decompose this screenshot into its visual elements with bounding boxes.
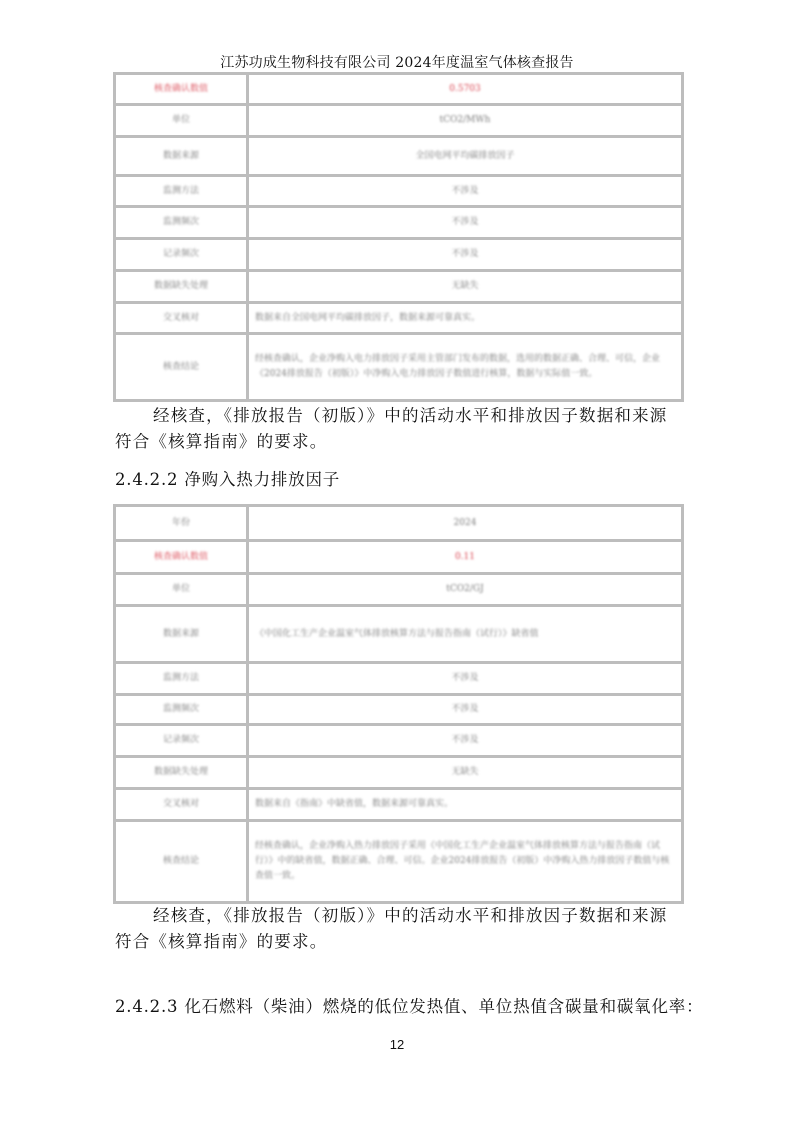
table-row: 单位 tCO2/GJ xyxy=(115,574,683,606)
verification-paragraph-1: 经核查，《排放报告（初版）》中的活动水平和排放因子数据和来源 符合《核算指南》的… xyxy=(115,403,715,455)
table-value: 不涉及 xyxy=(248,176,683,207)
table-row: 交叉核对 数据来自全国电网平均碳排放因子，数据来源可靠真实。 xyxy=(115,303,683,334)
table-row: 数据来源 《中国化工生产企业温室气体排放核算方法与报告指南（试行）》缺省值 xyxy=(115,606,683,663)
table-row: 交叉核对 数据来自《指南》中缺省值，数据来源可靠真实。 xyxy=(115,789,683,821)
table-key: 数据缺失处理 xyxy=(115,271,248,303)
table-row: 监测频次 不涉及 xyxy=(115,207,683,239)
table-key: 监测方法 xyxy=(115,663,248,695)
table-row: 记录频次 不涉及 xyxy=(115,725,683,757)
table-key: 记录频次 xyxy=(115,239,248,271)
table-value: 不涉及 xyxy=(248,695,683,725)
table-row: 核查确认数值 0.5703 xyxy=(115,74,683,105)
table-row: 监测频次 不涉及 xyxy=(115,695,683,725)
table-key: 数据缺失处理 xyxy=(115,757,248,789)
table-key: 交叉核对 xyxy=(115,303,248,334)
table-row: 数据缺失处理 无缺失 xyxy=(115,757,683,789)
page-number: 12 xyxy=(0,1037,794,1052)
table-value: 全国电网平均碳排放因子 xyxy=(248,137,683,176)
table-value: 0.5703 xyxy=(248,74,683,105)
table-value: 不涉及 xyxy=(248,663,683,695)
table-key: 核查结论 xyxy=(115,821,248,903)
table-value: 无缺失 xyxy=(248,271,683,303)
verification-paragraph-2: 经核查，《排放报告（初版）》中的活动水平和排放因子数据和来源 符合《核算指南》的… xyxy=(115,903,715,955)
table-row: 单位 tCO2/MWh xyxy=(115,105,683,137)
table-key: 核查确认数值 xyxy=(115,74,248,105)
table-row: 监测方法 不涉及 xyxy=(115,176,683,207)
table-value: 不涉及 xyxy=(248,725,683,757)
section-heading-2-4-2-2: 2.4.2.2 净购入热力排放因子 xyxy=(115,466,340,490)
table-row: 核查结论 经核查确认，企业净购入热力排放因子采用《中国化工生产企业温室气体排放核… xyxy=(115,821,683,903)
paragraph-line: 经核查，《排放报告（初版）》中的活动水平和排放因子数据和来源 xyxy=(153,406,668,425)
table-key: 数据来源 xyxy=(115,606,248,663)
table-key: 监测频次 xyxy=(115,207,248,239)
table-value: tCO2/GJ xyxy=(248,574,683,606)
table-key: 核查结论 xyxy=(115,334,248,401)
table-row: 核查确认数值 0.11 xyxy=(115,541,683,574)
section-heading-2-4-2-3: 2.4.2.3 化石燃料（柴油）燃烧的低位发热值、单位热值含碳量和碳氧化率： xyxy=(115,993,703,1017)
table-row: 年份 2024 xyxy=(115,506,683,541)
table-key: 数据来源 xyxy=(115,137,248,176)
table-key: 监测频次 xyxy=(115,695,248,725)
table-key: 记录频次 xyxy=(115,725,248,757)
table-row: 监测方法 不涉及 xyxy=(115,663,683,695)
page-header: 江苏功成生物科技有限公司 2024年度温室气体核查报告 xyxy=(0,52,794,72)
table-key: 单位 xyxy=(115,574,248,606)
table-value: 数据来自全国电网平均碳排放因子，数据来源可靠真实。 xyxy=(248,303,683,334)
emission-factor-table-electricity: 核查确认数值 0.5703 单位 tCO2/MWh 数据来源 全国电网平均碳排放… xyxy=(113,72,684,402)
paragraph-line: 符合《核算指南》的要求。 xyxy=(115,432,327,451)
paragraph-line: 符合《核算指南》的要求。 xyxy=(115,932,327,951)
table-value: 不涉及 xyxy=(248,207,683,239)
table-key: 年份 xyxy=(115,506,248,541)
table-row: 核查结论 经核查确认，企业净购入电力排放因子采用主管部门发布的数据，选用的数据正… xyxy=(115,334,683,401)
table-value: 不涉及 xyxy=(248,239,683,271)
table-key: 交叉核对 xyxy=(115,789,248,821)
table-value: 0.11 xyxy=(248,541,683,574)
emission-factor-table-heat: 年份 2024 核查确认数值 0.11 单位 tCO2/GJ 数据来源 《中国化… xyxy=(113,504,684,904)
table-key: 核查确认数值 xyxy=(115,541,248,574)
table-value: tCO2/MWh xyxy=(248,105,683,137)
table-row: 记录频次 不涉及 xyxy=(115,239,683,271)
table-row: 数据缺失处理 无缺失 xyxy=(115,271,683,303)
table-value: 经核查确认，企业净购入电力排放因子采用主管部门发布的数据，选用的数据正确、合理、… xyxy=(248,334,683,401)
table-key: 单位 xyxy=(115,105,248,137)
table-key: 监测方法 xyxy=(115,176,248,207)
table-value: 经核查确认，企业净购入热力排放因子采用《中国化工生产企业温室气体排放核算方法与报… xyxy=(248,821,683,903)
table-value: 2024 xyxy=(248,506,683,541)
table-value: 数据来自《指南》中缺省值，数据来源可靠真实。 xyxy=(248,789,683,821)
paragraph-line: 经核查，《排放报告（初版）》中的活动水平和排放因子数据和来源 xyxy=(153,906,668,925)
table-value: 《中国化工生产企业温室气体排放核算方法与报告指南（试行）》缺省值 xyxy=(248,606,683,663)
table-value: 无缺失 xyxy=(248,757,683,789)
table-row: 数据来源 全国电网平均碳排放因子 xyxy=(115,137,683,176)
